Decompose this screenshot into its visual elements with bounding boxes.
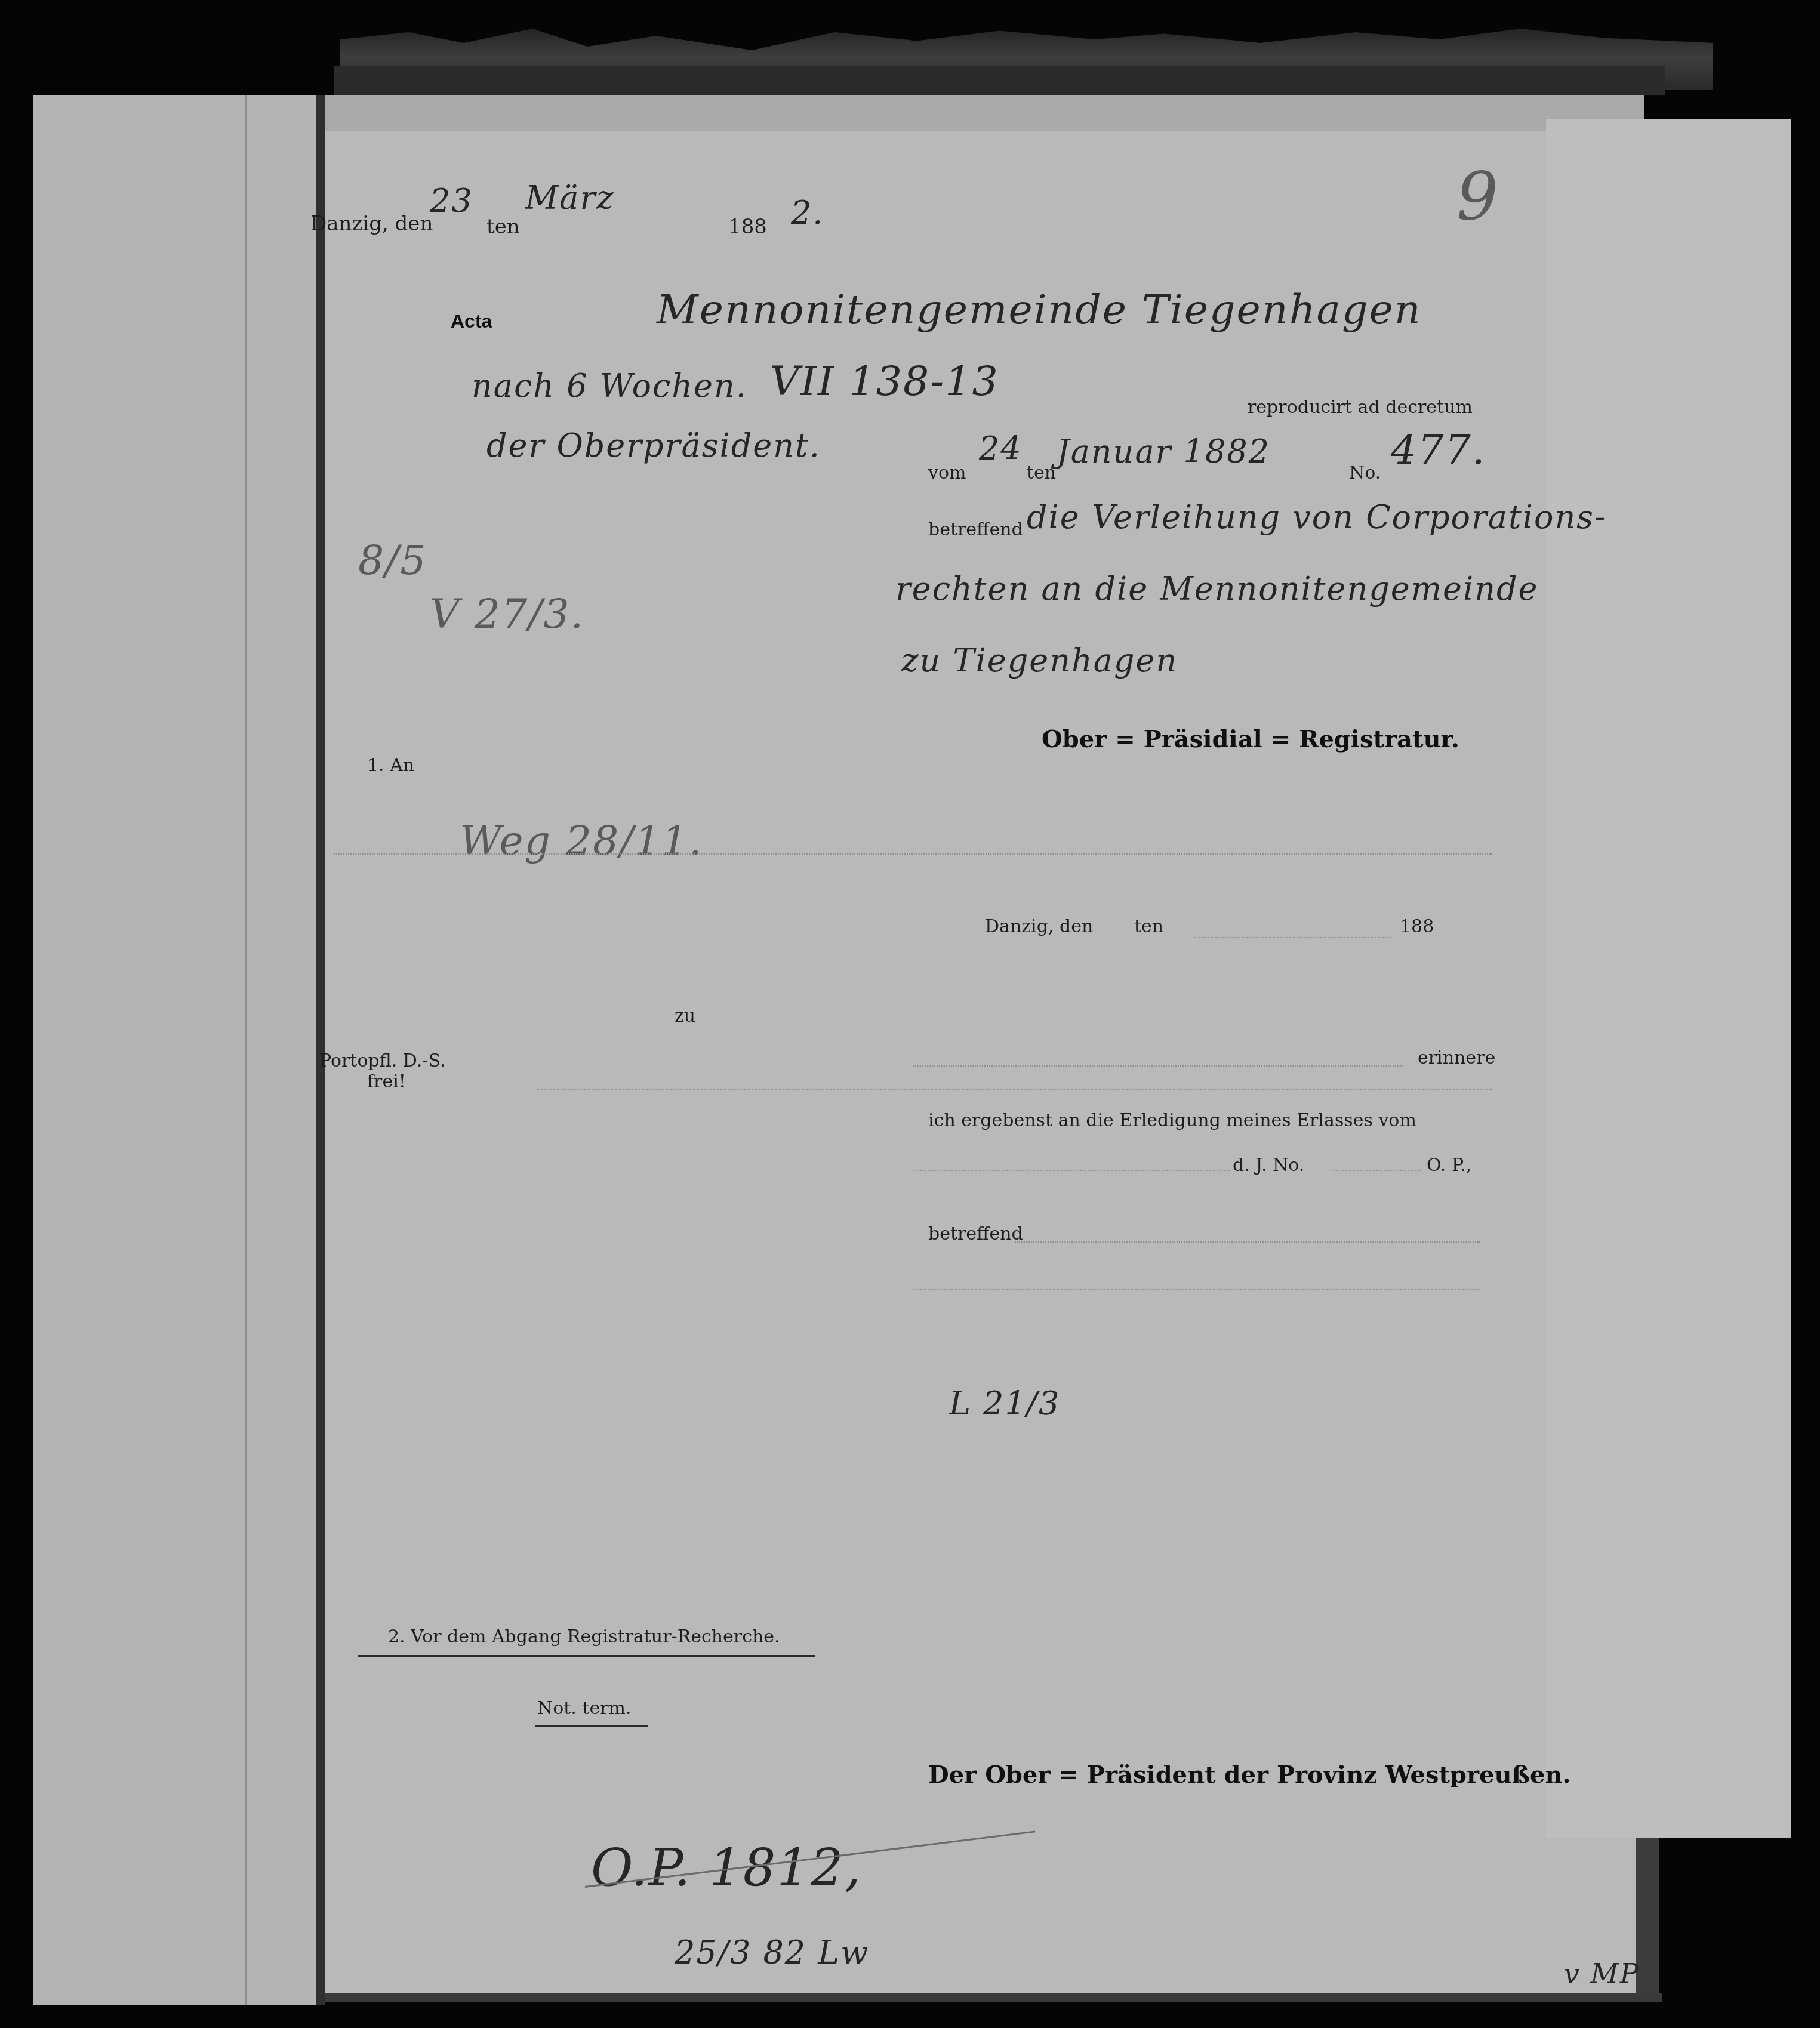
address-line	[334, 853, 1492, 855]
decree-number: 477.	[1391, 427, 1486, 474]
margin-date-note: V 27/3.	[430, 591, 584, 638]
erlass-date-line	[913, 1170, 1230, 1171]
reminder-subject-line	[1015, 1241, 1480, 1243]
portopfl-label: Portopfl. D.-S.	[319, 1050, 445, 1071]
binding-shadow	[334, 66, 1665, 95]
acta-label: Acta	[451, 310, 492, 332]
reminder-ten-label: ten	[1134, 916, 1163, 937]
frei-label: frei!	[367, 1071, 406, 1092]
header-month: März	[525, 179, 615, 217]
decree-day: 24	[979, 430, 1023, 467]
header-year-prefix: 188	[728, 215, 767, 239]
op-label: O. P.,	[1427, 1155, 1471, 1176]
page-bottom-edge	[325, 1993, 1662, 2002]
page-crease	[245, 95, 247, 2005]
margin-note-line-1: nach 6 Wochen.	[472, 367, 747, 405]
acta-file-number: VII 138-13	[770, 358, 999, 405]
decree-betreffend-label: betreffend	[928, 519, 1023, 540]
decree-subject-line-2: rechten an die Mennonitengemeinde	[895, 570, 1539, 608]
reminder-place-label: Danzig, den	[985, 916, 1093, 937]
folio-number: 9	[1456, 158, 1499, 235]
item-2-label: 2. Vor dem Abgang Registratur-Recherche.	[388, 1626, 780, 1647]
reminder-betreffend-label: betreffend	[928, 1223, 1023, 1244]
decree-no-label: No.	[1349, 463, 1381, 483]
right-folded-leaf	[1546, 119, 1791, 1838]
margin-initials: 8/5	[358, 537, 427, 584]
vom-label: vom	[928, 463, 966, 483]
not-term-underline	[535, 1725, 648, 1727]
reminder-body-line: ich ergebenst an die Erledigung meines E…	[928, 1110, 1416, 1131]
reproducirt-label: reproducirt ad decretum	[1248, 397, 1473, 418]
acta-title: Mennonitengemeinde Tiegenhagen	[657, 286, 1422, 334]
header-place-label: Danzig, den	[310, 212, 433, 236]
corner-mark: v MP	[1564, 1958, 1640, 1990]
reminder-zu-label: zu	[675, 1006, 695, 1027]
decree-subject-line-1: die Verleihung von Corporations-	[1027, 498, 1606, 536]
erinnere-line	[913, 1065, 1403, 1067]
item-1-label: 1. An	[367, 755, 414, 776]
item-2-underline	[358, 1655, 815, 1657]
signature-block: Der Ober = Präsident der Provinz Westpre…	[928, 1761, 1570, 1789]
decree-ten-label: ten	[1027, 463, 1056, 483]
reminder-paraph: L 21/3	[949, 1385, 1060, 1422]
footer-date: 25/3 82 Lw	[675, 1934, 869, 1971]
left-facing-page	[33, 95, 319, 2005]
erinnere-label: erinnere	[1418, 1047, 1495, 1068]
registry-heading: Ober = Präsidial = Registratur.	[1042, 725, 1459, 753]
header-day: 23	[430, 182, 473, 220]
erlass-number-line	[1331, 1170, 1421, 1171]
item-1-addressee: Weg 28/11.	[460, 818, 703, 865]
reminder-subject-line-2	[913, 1289, 1480, 1290]
header-year-suffix: 2.	[791, 194, 824, 232]
page-top-shade	[325, 95, 1644, 131]
dj-no-label: d. J. No.	[1233, 1155, 1304, 1176]
recipient-line	[537, 1089, 1492, 1090]
margin-note-line-2: der Oberpräsident.	[486, 427, 821, 464]
reminder-date-line	[1194, 937, 1391, 938]
reminder-year-prefix: 188	[1400, 916, 1434, 937]
header-ten-label: ten	[486, 215, 520, 239]
not-term-label: Not. term.	[537, 1698, 632, 1719]
decree-subject-line-3: zu Tiegenhagen	[901, 642, 1178, 679]
decree-date: Januar 1882	[1057, 433, 1270, 470]
